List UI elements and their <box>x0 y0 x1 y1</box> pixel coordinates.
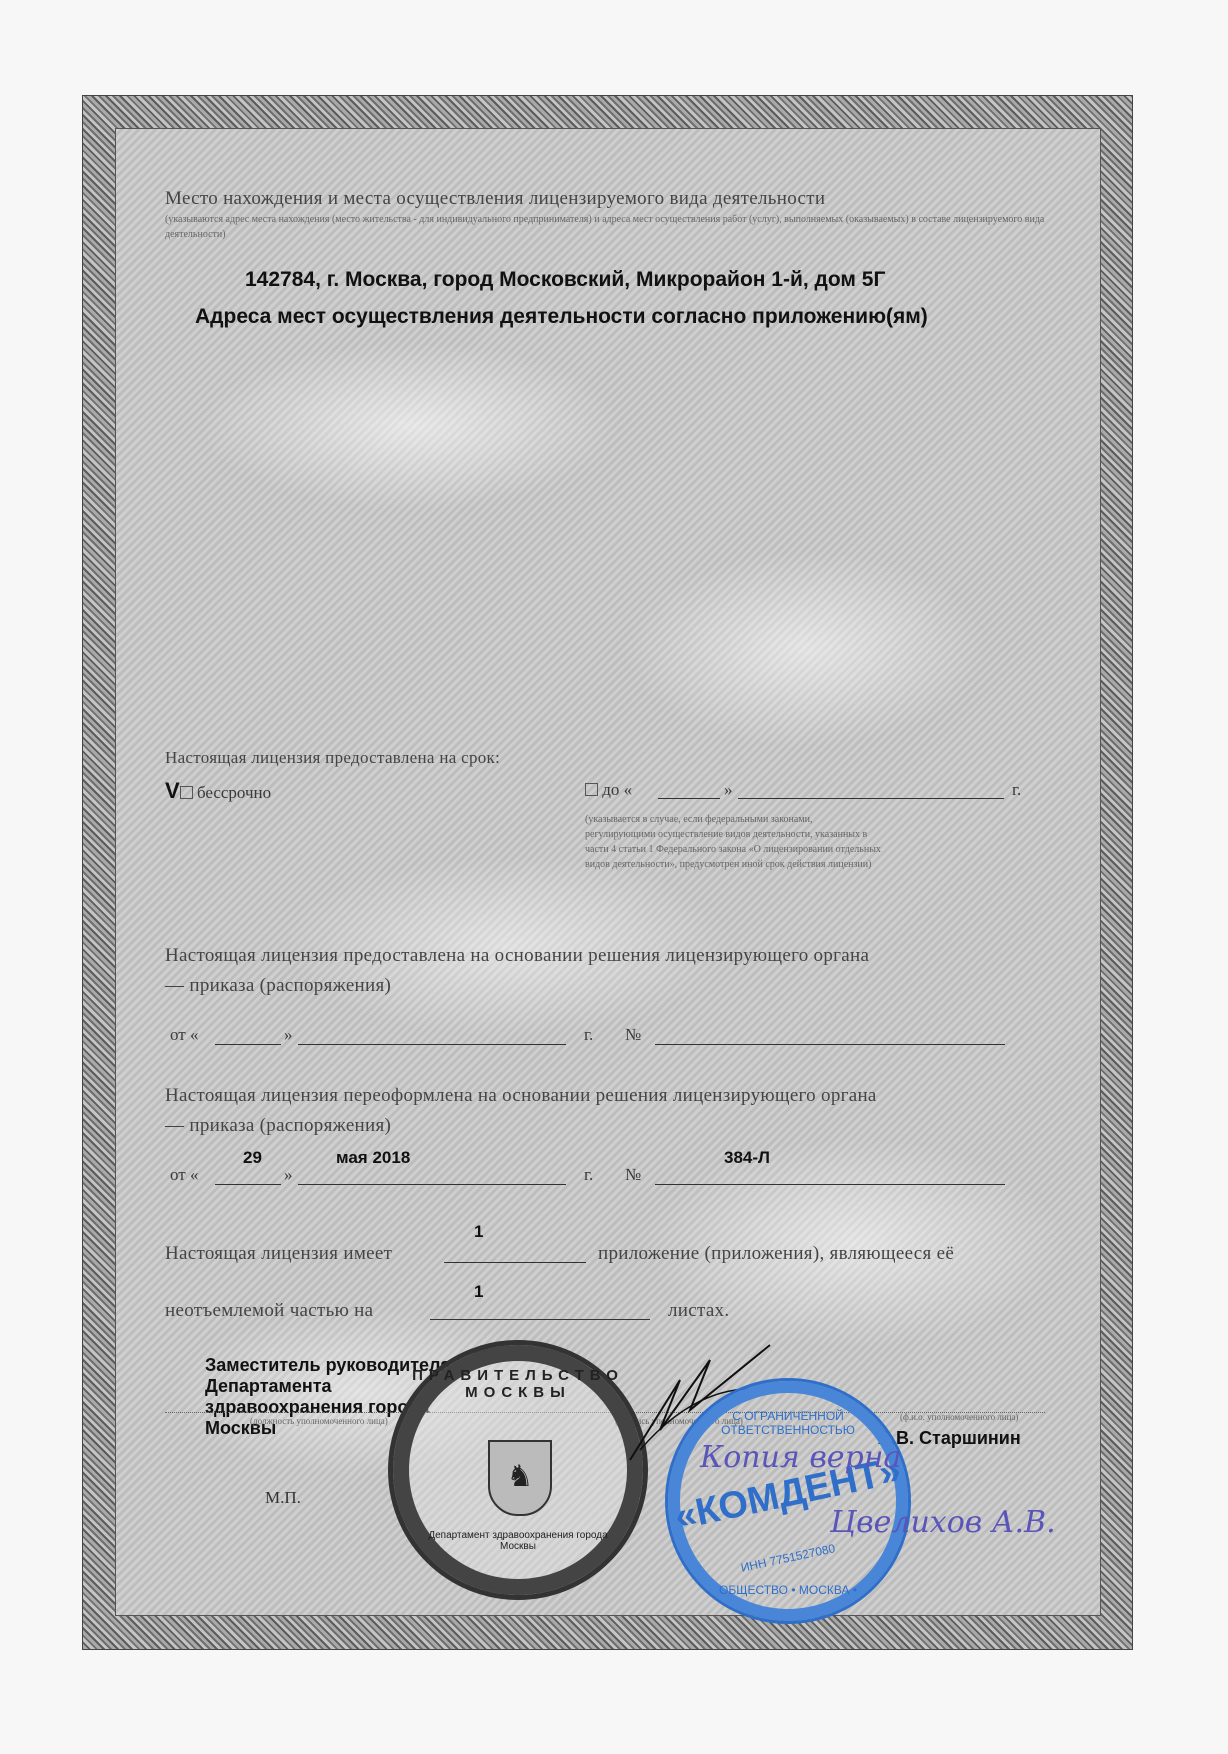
addresses-note: Адреса мест осуществления деятельности с… <box>195 305 928 329</box>
until-date-line <box>738 798 1004 799</box>
granted-text-line1: Настоящая лицензия предоставлена на осно… <box>165 945 869 967</box>
certification-handwriting-1: Копия верна <box>700 1440 901 1475</box>
seal-label: М.П. <box>265 1488 301 1508</box>
coat-of-arms-icon: ♞ <box>488 1440 552 1516</box>
komdent-company-stamp: С ОГРАНИЧЕННОЙ ОТВЕТСТВЕННОСТЬЮ «КОМДЕНТ… <box>665 1378 911 1624</box>
term-indefinite-option[interactable]: V бессрочно <box>165 778 271 804</box>
location-heading: Место нахождения и места осуществления л… <box>165 188 1065 210</box>
granted-text-line2: — приказа (распоряжения) <box>165 975 391 997</box>
license-address: 142784, г. Москва, город Московский, Мик… <box>245 268 885 292</box>
until-day-line <box>658 798 720 799</box>
granted-date-line <box>298 1044 566 1045</box>
appendix-sheets: 1 <box>474 1282 483 1302</box>
granted-number-line <box>655 1044 1005 1045</box>
reissued-order-number: 384-Л <box>724 1148 770 1168</box>
appendix-count: 1 <box>474 1222 483 1242</box>
reissued-day: 29 <box>243 1148 262 1168</box>
location-heading-note: (указываются адрес места нахождения (мес… <box>165 212 1055 242</box>
until-checkbox[interactable] <box>585 783 598 796</box>
indefinite-checkbox[interactable] <box>180 786 193 799</box>
appendix-sheets-line <box>430 1319 650 1320</box>
moscow-government-stamp: ПРАВИТЕЛЬСТВО МОСКВЫ ♞ Департамент здрав… <box>388 1340 648 1600</box>
term-until-note: (указывается в случае, если федеральными… <box>585 812 885 872</box>
reissued-text-line1: Настоящая лицензия переоформлена на осно… <box>165 1085 877 1107</box>
reissued-date-line <box>298 1184 566 1185</box>
term-until-option[interactable]: до « <box>585 780 632 800</box>
reissued-number-line <box>655 1184 1005 1185</box>
term-label: Настоящая лицензия предоставлена на срок… <box>165 748 500 768</box>
check-mark-icon: V <box>165 778 180 803</box>
granted-day-line <box>215 1044 281 1045</box>
reissued-month-year: мая 2018 <box>336 1148 410 1168</box>
reissued-text-line2: — приказа (распоряжения) <box>165 1115 391 1137</box>
appendix-count-line <box>444 1262 586 1263</box>
certification-handwriting-2: Цвелихов А.В. <box>830 1505 1056 1540</box>
reissued-day-line <box>215 1184 281 1185</box>
